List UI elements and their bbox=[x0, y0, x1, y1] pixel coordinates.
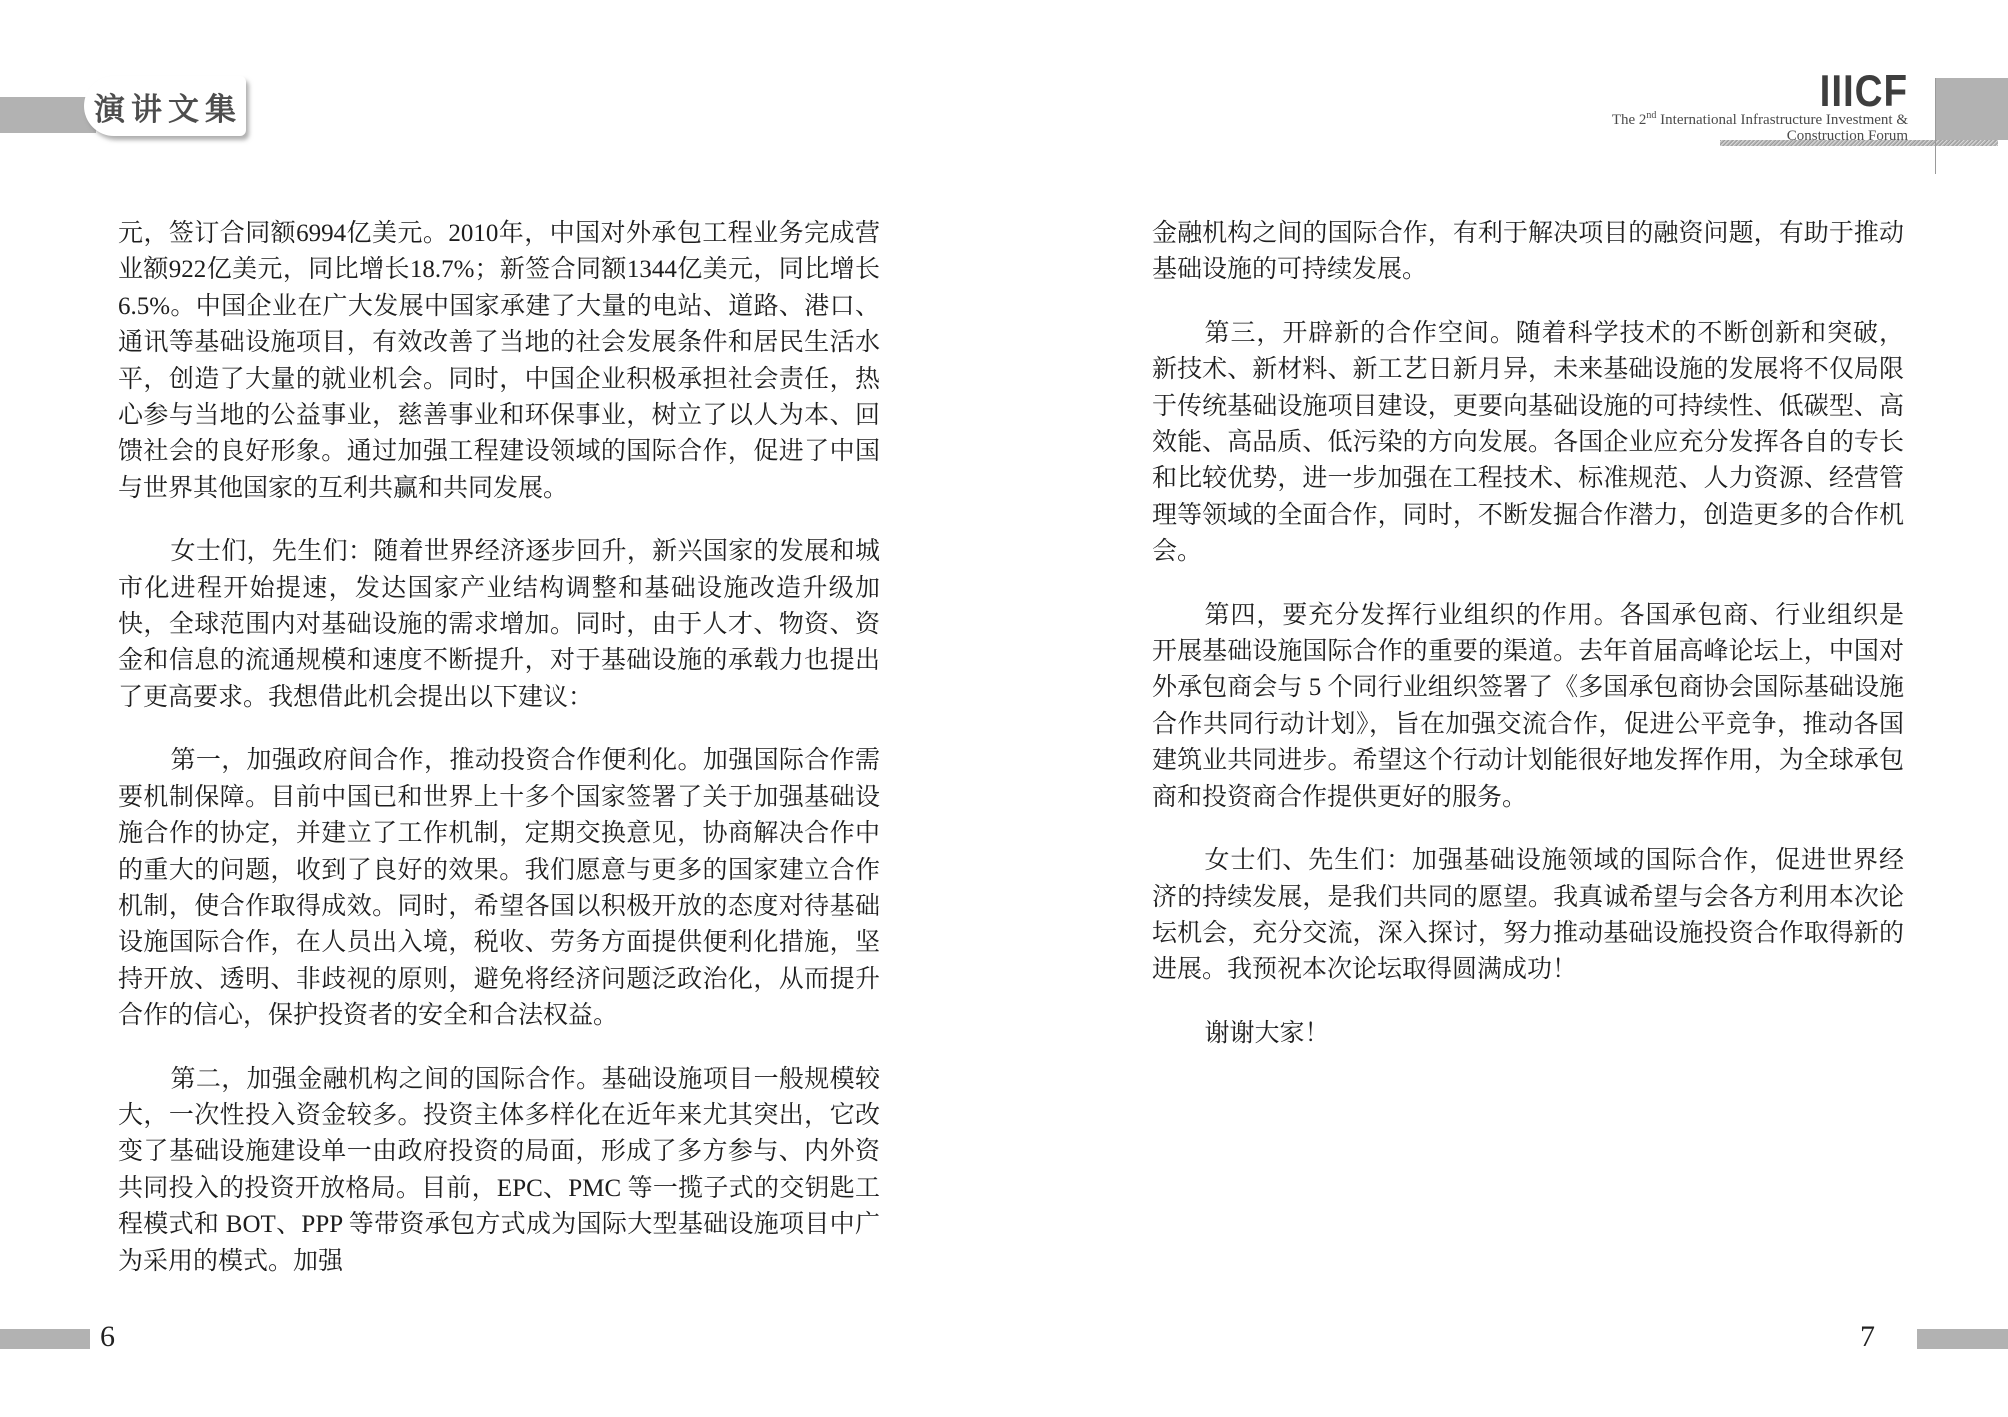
left-page-text-column: 元，签订合同额6994亿美元。2010年，中国对外承包工程业务完成营业额922亿… bbox=[118, 216, 880, 1307]
footer-left-gray-bar bbox=[0, 1329, 90, 1349]
header-hatched-rule bbox=[1720, 140, 1998, 146]
body-paragraph: 金融机构之间的国际合作，有利于解决项目的融资问题，有助于推动基础设施的可持续发展… bbox=[1152, 216, 1904, 289]
body-paragraph: 第一，加强政府间合作，推动投资合作便利化。加强国际合作需要机制保障。目前中国已和… bbox=[118, 743, 880, 1034]
body-paragraph: 女士们，先生们：随着世界经济逐步回升，新兴国家的发展和城市化进程开始提速，发达国… bbox=[118, 534, 880, 716]
page-number-left: 6 bbox=[100, 1320, 115, 1354]
forum-subtitle-line1-rest: International Infrastructure Investment … bbox=[1656, 112, 1908, 128]
body-paragraph: 元，签订合同额6994亿美元。2010年，中国对外承包工程业务完成营业额922亿… bbox=[118, 216, 880, 507]
body-paragraph: 第四，要充分发挥行业组织的作用。各国承包商、行业组织是开展基础设施国际合作的重要… bbox=[1152, 598, 1904, 816]
header-right-gray-block bbox=[1936, 78, 2008, 140]
body-paragraph: 第三，开辟新的合作空间。随着科学技术的不断创新和突破，新技术、新材料、新工艺日新… bbox=[1152, 316, 1904, 571]
header-left-gray-bar bbox=[0, 97, 96, 133]
forum-logo-block: IIICF The 2nd International Infrastructu… bbox=[1008, 0, 2008, 180]
forum-subtitle-line1-prefix: The 2 bbox=[1612, 112, 1647, 128]
body-paragraph: 女士们、先生们：加强基础设施领域的国际合作，促进世界经济的持续发展，是我们共同的… bbox=[1152, 843, 1904, 989]
header-banner-pill: 演讲文集 bbox=[84, 76, 246, 136]
right-page-text-column: 金融机构之间的国际合作，有利于解决项目的融资问题，有助于推动基础设施的可持续发展… bbox=[1152, 216, 1904, 1079]
page-number-right: 7 bbox=[1860, 1320, 1875, 1354]
forum-subtitle-ordinal: nd bbox=[1646, 110, 1656, 121]
forum-subtitle: The 2nd International Infrastructure Inv… bbox=[1612, 108, 1908, 144]
footer-right-gray-bar bbox=[1917, 1329, 2008, 1349]
body-paragraph: 第二，加强金融机构之间的国际合作。基础设施项目一般规模较大，一次性投入资金较多。… bbox=[118, 1062, 880, 1280]
body-paragraph: 谢谢大家！ bbox=[1152, 1016, 1904, 1052]
header-banner-title: 演讲文集 bbox=[88, 84, 242, 129]
